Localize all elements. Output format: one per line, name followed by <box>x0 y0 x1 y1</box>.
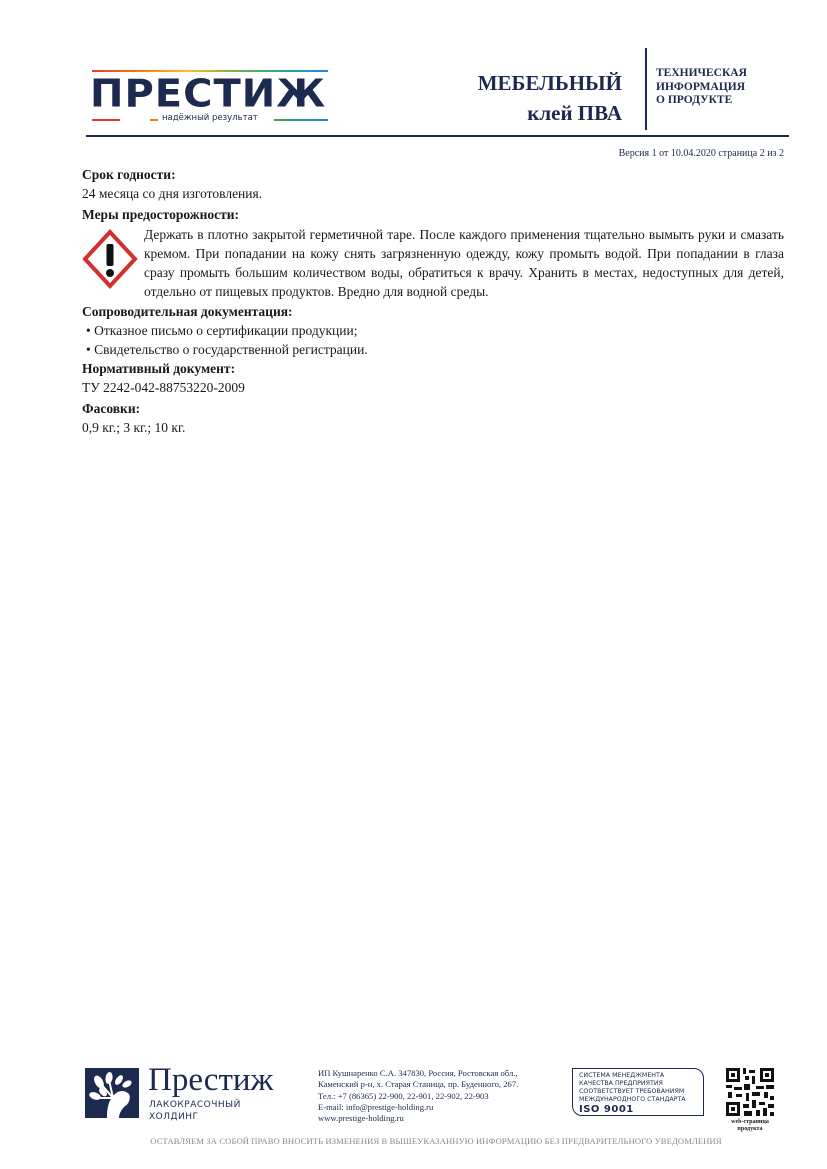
iso-line: СООТВЕТСТВУЕТ ТРЕБОВАНИЯМ <box>579 1088 703 1096</box>
iso-line: МЕЖДУНАРОДНОГО СТАНДАРТА <box>579 1096 703 1104</box>
normative-text: ТУ 2242-042-88753220-2009 <box>82 378 785 397</box>
qr-code-icon[interactable] <box>726 1068 774 1116</box>
doc-type-line1: ТЕХНИЧЕСКАЯ <box>656 67 747 81</box>
logo-wordmark: ПРЕСТИЖ <box>90 72 326 116</box>
shelf-life-heading: Срок годности: <box>82 165 785 184</box>
document-body: Срок годности: 24 месяца со дня изготовл… <box>82 165 785 439</box>
footer-brand-sub: ЛАКОКРАСОЧНЫЙ ХОЛДИНГ <box>149 1099 241 1123</box>
qr-caption: web-страница продукта <box>722 1119 778 1133</box>
product-title: МЕБЕЛЬНЫЙ клей ПВА <box>478 68 622 128</box>
email-link[interactable]: E-mail: info@prestige-holding.ru <box>318 1102 518 1113</box>
logo-accent-line <box>274 119 328 121</box>
logo-tagline: надёжный результат <box>162 113 258 123</box>
iso-line: СИСТЕМА МЕНЕДЖМЕНТА <box>579 1072 703 1080</box>
precautions-text: Держать в плотно закрытой герметичной та… <box>144 225 784 301</box>
logo-accent-line <box>92 119 120 121</box>
documentation-item: • Отказное письмо о сертификации продукц… <box>86 321 785 340</box>
normative-heading: Нормативный документ: <box>82 359 785 378</box>
documentation-heading: Сопроводительная документация: <box>82 302 785 321</box>
tree-logo-icon <box>85 1068 139 1118</box>
version-info: Версия 1 от 10.04.2020 страница 2 из 2 <box>619 148 784 159</box>
doc-type-line3: О ПРОДУКТЕ <box>656 94 747 108</box>
header-divider <box>645 48 647 130</box>
exclamation-hazard-icon <box>82 229 138 289</box>
shelf-life-text: 24 месяца со дня изготовления. <box>82 184 785 203</box>
company-address: ИП Кушнаренко С.А. 347830, Россия, Росто… <box>318 1068 518 1124</box>
iso-standard: ISO 9001 <box>579 1104 703 1115</box>
product-title-line1: МЕБЕЛЬНЫЙ <box>478 68 622 98</box>
product-title-line2: клей ПВА <box>478 98 622 128</box>
address-line: Каменский р-н, х. Старая Станица, пр. Бу… <box>318 1079 518 1090</box>
footer-brand: Престиж <box>148 1062 273 1098</box>
prestige-logo: ПРЕСТИЖ надёжный результат <box>88 68 328 126</box>
doc-type-line2: ИНФОРМАЦИЯ <box>656 81 747 95</box>
address-line: ИП Кушнаренко С.А. 347830, Россия, Росто… <box>318 1068 518 1079</box>
disclaimer: ОСТАВЛЯЕМ ЗА СОБОЙ ПРАВО ВНОСИТЬ ИЗМЕНЕН… <box>86 1136 786 1146</box>
iso-certification-badge: СИСТЕМА МЕНЕДЖМЕНТА КАЧЕСТВА ПРЕДПРИЯТИЯ… <box>572 1068 704 1116</box>
website-link[interactable]: www.prestige-holding.ru <box>318 1113 518 1124</box>
iso-line: КАЧЕСТВА ПРЕДПРИЯТИЯ <box>579 1080 703 1088</box>
qr-caption-line1: web-страница <box>722 1119 778 1126</box>
precautions-heading: Меры предосторожности: <box>82 205 785 224</box>
packaging-text: 0,9 кг.; 3 кг.; 10 кг. <box>82 418 785 437</box>
header-rule <box>86 135 789 137</box>
footer-sub-line1: ЛАКОКРАСОЧНЫЙ <box>149 1099 241 1111</box>
doc-type-label: ТЕХНИЧЕСКАЯ ИНФОРМАЦИЯ О ПРОДУКТЕ <box>656 67 747 108</box>
documentation-item: • Свидетельство о государственной регист… <box>86 340 785 359</box>
logo-accent-line <box>150 119 158 121</box>
qr-caption-line2: продукта <box>722 1126 778 1133</box>
precautions-block: Держать в плотно закрытой герметичной та… <box>82 225 785 301</box>
packaging-heading: Фасовки: <box>82 399 785 418</box>
footer-sub-line2: ХОЛДИНГ <box>149 1111 241 1123</box>
phone-line: Тел.: +7 (86365) 22-900, 22-901, 22-902,… <box>318 1091 518 1102</box>
